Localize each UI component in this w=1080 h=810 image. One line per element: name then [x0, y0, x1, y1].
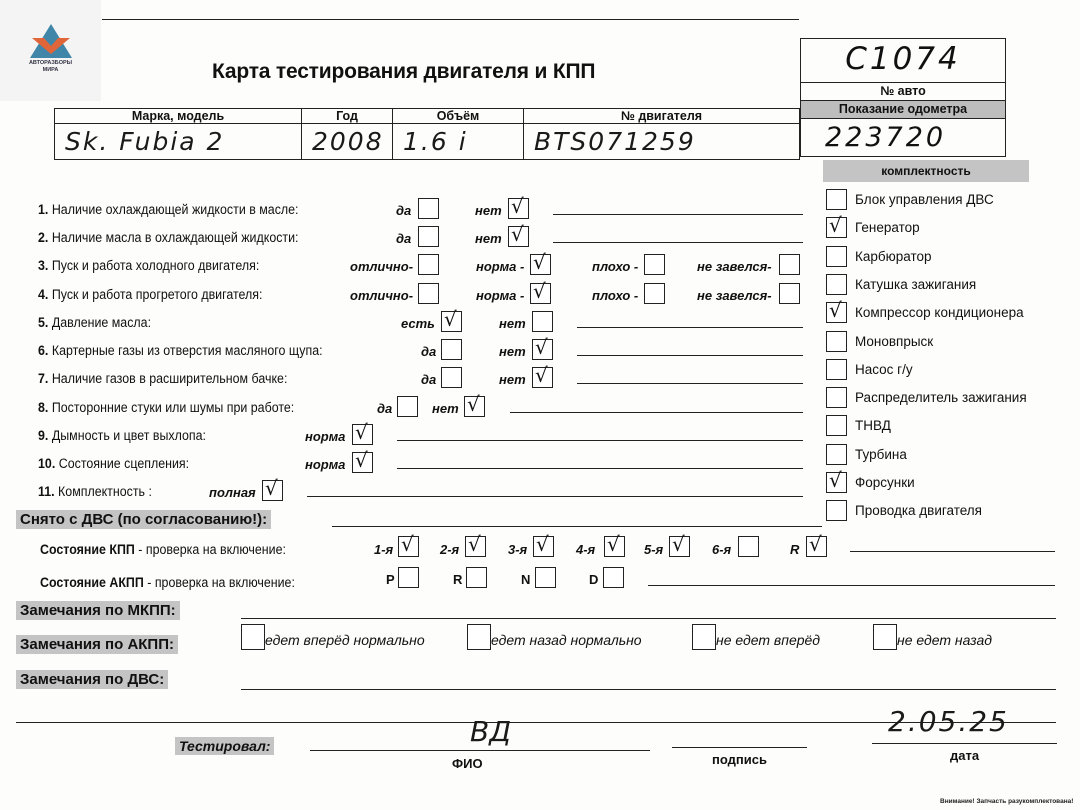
- question-number: 7.: [38, 371, 48, 386]
- col-year: Год: [302, 109, 392, 123]
- check-mark-icon: √: [536, 532, 549, 556]
- question-number: 2.: [38, 230, 48, 245]
- completeness-item-label: Компрессор кондиционера: [855, 305, 1024, 320]
- completeness-checkbox[interactable]: [826, 331, 847, 352]
- question-label: 7. Наличие газов в расширительном бачке:: [38, 371, 287, 386]
- footnote: Внимание! Запчасть разукомплектована!: [940, 798, 1073, 805]
- question-number: 10.: [38, 456, 55, 471]
- gear-label: 6-я: [712, 542, 731, 557]
- check-mark-icon: √: [355, 420, 368, 444]
- completeness-item-label: ТНВД: [855, 418, 891, 433]
- question-number: 6.: [38, 343, 48, 358]
- completeness-item-label: Карбюратор: [855, 249, 932, 264]
- akpp-remark-label: едет назад нормально: [491, 632, 642, 648]
- name-line: [310, 750, 650, 751]
- question-checkbox[interactable]: √: [532, 339, 553, 360]
- question-checkbox[interactable]: √: [508, 198, 529, 219]
- question-label: 8. Посторонние стуки или шумы при работе…: [38, 400, 294, 415]
- question-text: Состояние сцепления:: [59, 456, 189, 471]
- question-checkbox[interactable]: √: [532, 367, 553, 388]
- question-text: Комплектность :: [58, 484, 152, 499]
- akpp-remark-checkbox[interactable]: [873, 624, 897, 650]
- akpp-position-label: N: [521, 572, 530, 587]
- check-mark-icon: √: [533, 279, 546, 303]
- question-checkbox[interactable]: [644, 254, 665, 275]
- akpp-line: [648, 585, 1055, 586]
- completeness-checkbox[interactable]: [826, 500, 847, 521]
- check-mark-icon: √: [607, 532, 620, 556]
- gear-label: 2-я: [440, 542, 459, 557]
- gear-checkbox[interactable]: [738, 536, 759, 557]
- check-mark-icon: √: [355, 448, 368, 472]
- question-number: 3.: [38, 258, 48, 273]
- question-checkbox[interactable]: [418, 226, 439, 247]
- check-mark-icon: √: [511, 222, 524, 246]
- completeness-item-label: Насос г/у: [855, 362, 913, 377]
- akpp-remark-checkbox[interactable]: [467, 624, 491, 650]
- option-label: да: [396, 203, 411, 218]
- option-label: есть: [401, 316, 435, 331]
- option-label: нет: [499, 344, 526, 359]
- gear-checkbox[interactable]: √: [465, 536, 486, 557]
- question-number: 4.: [38, 287, 48, 302]
- completeness-checkbox[interactable]: [826, 359, 847, 380]
- check-mark-icon: √: [535, 335, 548, 359]
- question-checkbox[interactable]: [441, 367, 462, 388]
- akpp-label-rest: - проверка на включение:: [144, 575, 295, 590]
- question-checkbox[interactable]: √: [530, 283, 551, 304]
- option-label: не завелся-: [697, 259, 772, 274]
- name-caption: ФИО: [452, 756, 483, 771]
- akpp-position-label: D: [589, 572, 598, 587]
- check-mark-icon: √: [535, 363, 548, 387]
- check-mark-icon: √: [468, 532, 481, 556]
- question-checkbox[interactable]: √: [530, 254, 551, 275]
- check-mark-icon: √: [401, 532, 414, 556]
- option-label: плохо -: [592, 259, 638, 274]
- option-label: отлично-: [350, 259, 413, 274]
- akpp-remark-label: не едет вперёд: [716, 632, 820, 648]
- tester-name-value[interactable]: BД: [470, 715, 511, 748]
- kpp-label-bold: Состояние КПП: [40, 542, 135, 557]
- engine-number-value[interactable]: BTS071259: [524, 124, 800, 160]
- remarks-dvs-label: Замечания по ДВС:: [16, 670, 168, 689]
- completeness-checkbox[interactable]: √: [826, 472, 847, 493]
- auto-number-label: № авто: [801, 82, 1005, 99]
- question-text: Наличие газов в расширительном бачке:: [52, 371, 288, 386]
- notes-line[interactable]: [577, 383, 803, 384]
- question-checkbox[interactable]: √: [508, 226, 529, 247]
- completeness-checkbox[interactable]: [826, 189, 847, 210]
- akpp-position-label: R: [453, 572, 462, 587]
- date-line: [872, 743, 1057, 744]
- auto-number-box: C1074 № авто Показание одометра 223720: [800, 38, 1006, 157]
- kpp-line: [850, 551, 1055, 552]
- akpp-label-bold: Состояние АКПП: [40, 575, 144, 590]
- remarks-akpp-label: Замечания по АКПП:: [16, 635, 178, 654]
- question-checkbox[interactable]: √: [352, 452, 373, 473]
- logo-mark-icon: [28, 22, 74, 60]
- vehicle-info-table: Марка, модель Год Объём № двигателя Sk. …: [54, 108, 800, 160]
- signature-caption: подпись: [712, 752, 767, 767]
- notes-line[interactable]: [397, 440, 803, 441]
- tested-by-label: Тестировал:: [175, 737, 274, 755]
- gear-checkbox[interactable]: √: [398, 536, 419, 557]
- removed-line: [332, 526, 822, 527]
- check-mark-icon: √: [829, 468, 842, 492]
- completeness-checkbox[interactable]: [826, 444, 847, 465]
- check-mark-icon: √: [533, 250, 546, 274]
- check-mark-icon: √: [829, 213, 842, 237]
- removed-from-engine-label: Снято с ДВС (по согласованию!):: [16, 510, 271, 529]
- question-number: 11.: [38, 484, 55, 499]
- gear-checkbox[interactable]: √: [533, 536, 554, 557]
- gear-label: R: [790, 542, 799, 557]
- logo-line-2: МИРА: [0, 67, 101, 74]
- completeness-item-label: Блок управления ДВС: [855, 192, 994, 207]
- question-checkbox[interactable]: √: [441, 311, 462, 332]
- question-checkbox[interactable]: [644, 283, 665, 304]
- date-caption: дата: [950, 748, 979, 763]
- option-label: нет: [475, 203, 502, 218]
- completeness-item-label: Проводка двигателя: [855, 503, 982, 518]
- odometer-value[interactable]: 223720: [801, 118, 1005, 155]
- option-label: нет: [475, 231, 502, 246]
- akpp-label: Состояние АКПП - проверка на включение:: [40, 575, 295, 590]
- completeness-item-label: Распределитель зажигания: [855, 390, 1027, 405]
- signature-line[interactable]: [672, 747, 807, 748]
- akpp-position-checkbox[interactable]: [466, 567, 487, 588]
- question-text: Дымность и цвет выхлопа:: [52, 428, 206, 443]
- kpp-label: Состояние КПП - проверка на включение:: [40, 542, 286, 557]
- notes-line[interactable]: [397, 468, 803, 469]
- completeness-checkbox[interactable]: [826, 274, 847, 295]
- question-number: 8.: [38, 400, 48, 415]
- year-value[interactable]: 2008: [302, 124, 393, 160]
- question-label: 9. Дымность и цвет выхлопа:: [38, 428, 206, 443]
- volume-value[interactable]: 1.6 i: [393, 124, 524, 160]
- completeness-item-label: Форсунки: [855, 475, 915, 490]
- question-checkbox[interactable]: [418, 254, 439, 275]
- completeness-checkbox[interactable]: [826, 246, 847, 267]
- akpp-position-label: P: [386, 572, 395, 587]
- akpp-remark-checkbox[interactable]: [241, 624, 265, 650]
- question-checkbox[interactable]: [441, 339, 462, 360]
- question-text: Картерные газы из отверстия масляного щу…: [52, 343, 323, 358]
- gear-label: 1-я: [374, 542, 393, 557]
- option-label: норма -: [476, 259, 524, 274]
- check-mark-icon: √: [809, 532, 822, 556]
- question-checkbox[interactable]: [779, 254, 800, 275]
- question-checkbox[interactable]: √: [262, 480, 283, 501]
- question-text: Посторонние стуки или шумы при работе:: [52, 400, 294, 415]
- completeness-item-label: Катушка зажигания: [855, 277, 976, 292]
- gear-label: 3-я: [508, 542, 527, 557]
- check-mark-icon: √: [511, 194, 524, 218]
- option-label: нет: [499, 372, 526, 387]
- check-mark-icon: √: [672, 532, 685, 556]
- akpp-remark-checkbox[interactable]: [692, 624, 716, 650]
- question-label: 6. Картерные газы из отверстия масляного…: [38, 343, 323, 358]
- notes-line[interactable]: [553, 214, 803, 215]
- akpp-remark-label: едет вперёд нормально: [265, 632, 425, 648]
- gear-checkbox[interactable]: √: [604, 536, 625, 557]
- notes-line[interactable]: [307, 496, 803, 497]
- option-label: отлично-: [350, 288, 413, 303]
- kpp-label-rest: - проверка на включение:: [135, 542, 286, 557]
- question-checkbox[interactable]: √: [352, 424, 373, 445]
- question-text: Наличие охлаждающей жидкости в масле:: [52, 202, 299, 217]
- option-label: да: [421, 344, 436, 359]
- question-label: 11. Комплектность :: [38, 484, 152, 499]
- completeness-heading: комплектность: [823, 160, 1029, 182]
- option-label: да: [396, 231, 411, 246]
- question-text: Наличие масла в охлаждающей жидкости:: [52, 230, 299, 245]
- check-mark-icon: √: [265, 476, 278, 500]
- option-label: да: [421, 372, 436, 387]
- date-value[interactable]: 2.05.25: [888, 705, 1009, 738]
- completeness-checkbox[interactable]: √: [826, 217, 847, 238]
- auto-number-value[interactable]: C1074: [801, 41, 1005, 81]
- completeness-item-label: Моновпрыск: [855, 334, 933, 349]
- option-label: норма: [305, 457, 345, 472]
- make-model-value[interactable]: Sk. Fubia 2: [55, 124, 302, 160]
- notes-line[interactable]: [577, 327, 803, 328]
- odometer-label: Показание одометра: [801, 100, 1005, 118]
- option-label: да: [377, 401, 392, 416]
- remarks-mkpp-label: Замечания по МКПП:: [16, 601, 180, 620]
- question-label: 5. Давление масла:: [38, 315, 151, 330]
- question-label: 10. Состояние сцепления:: [38, 456, 189, 471]
- top-rule: [102, 19, 799, 20]
- completeness-item-label: Генератор: [855, 220, 920, 235]
- question-label: 2. Наличие масла в охлаждающей жидкости:: [38, 230, 299, 245]
- col-make-model: Марка, модель: [55, 109, 301, 123]
- form-title: Карта тестирования двигателя и КПП: [212, 60, 595, 84]
- remarks-mkpp-line[interactable]: [241, 618, 1056, 619]
- completeness-checkbox[interactable]: √: [826, 302, 847, 323]
- notes-line[interactable]: [510, 412, 803, 413]
- check-mark-icon: √: [829, 298, 842, 322]
- option-label: нет: [432, 401, 459, 416]
- col-engine-number: № двигателя: [524, 109, 799, 123]
- option-label: полная: [209, 485, 256, 500]
- akpp-position-checkbox[interactable]: [603, 567, 624, 588]
- question-label: 4. Пуск и работа прогретого двигателя:: [38, 287, 262, 302]
- completeness-item-label: Турбина: [855, 447, 907, 462]
- question-number: 5.: [38, 315, 48, 330]
- option-label: норма -: [476, 288, 524, 303]
- option-label: нет: [499, 316, 526, 331]
- akpp-remark-label: не едет назад: [897, 632, 992, 648]
- completeness-checkbox[interactable]: [826, 387, 847, 408]
- check-mark-icon: √: [467, 392, 480, 416]
- question-checkbox[interactable]: [418, 198, 439, 219]
- akpp-position-checkbox[interactable]: [535, 567, 556, 588]
- option-label: норма: [305, 429, 345, 444]
- question-number: 1.: [38, 202, 48, 217]
- question-checkbox[interactable]: [397, 396, 418, 417]
- question-checkbox[interactable]: [779, 283, 800, 304]
- question-label: 1. Наличие охлаждающей жидкости в масле:: [38, 202, 299, 217]
- option-label: плохо -: [592, 288, 638, 303]
- question-number: 9.: [38, 428, 48, 443]
- question-checkbox[interactable]: [418, 283, 439, 304]
- gear-checkbox[interactable]: √: [806, 536, 827, 557]
- logo-text: АВТОРАЗБОРЫ МИРА: [0, 60, 101, 73]
- notes-line[interactable]: [577, 355, 803, 356]
- gear-label: 4-я: [576, 542, 595, 557]
- akpp-position-checkbox[interactable]: [398, 567, 419, 588]
- question-label: 3. Пуск и работа холодного двигателя:: [38, 258, 259, 273]
- company-logo: АВТОРАЗБОРЫ МИРА: [0, 0, 101, 101]
- remarks-dvs-line[interactable]: [241, 689, 1056, 690]
- gear-checkbox[interactable]: √: [669, 536, 690, 557]
- gear-label: 5-я: [644, 542, 663, 557]
- question-text: Давление масла:: [52, 315, 151, 330]
- check-mark-icon: √: [444, 307, 457, 331]
- completeness-checkbox[interactable]: [826, 415, 847, 436]
- question-text: Пуск и работа холодного двигателя:: [52, 258, 259, 273]
- question-checkbox[interactable]: [532, 311, 553, 332]
- option-label: не завелся-: [697, 288, 772, 303]
- col-volume: Объём: [393, 109, 523, 123]
- question-checkbox[interactable]: √: [464, 396, 485, 417]
- notes-line[interactable]: [553, 242, 803, 243]
- question-text: Пуск и работа прогретого двигателя:: [52, 287, 263, 302]
